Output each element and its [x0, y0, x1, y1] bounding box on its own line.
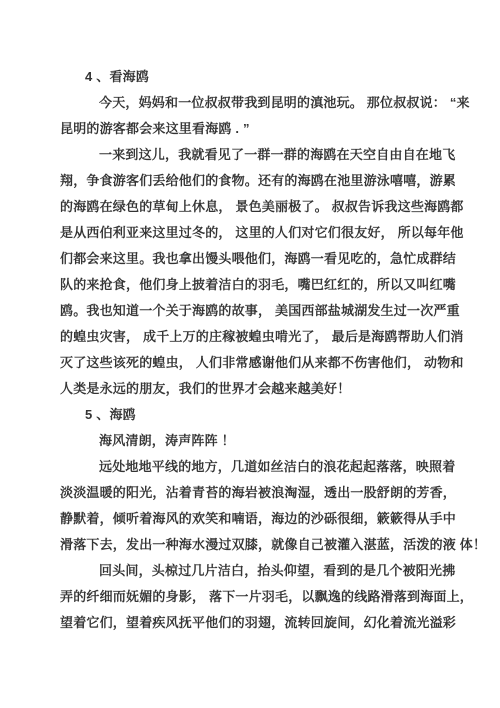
text-line: 灭了这些该死的蝗虫， 人们非常感谢他们从来都不伤害他们， 动物和	[60, 350, 442, 376]
text-line: 的海鸥在绿色的草甸上休息， 景色美丽极了。 叔叔告诉我这些海鸥都	[60, 194, 442, 220]
text-line: 昆明的游客都会来这里看海鸥 . ”	[60, 116, 442, 142]
text-line: 翔，争食游客们丢给他们的食物。还有的海鸥在池里游泳嘻嘻，游累	[60, 168, 442, 194]
document-text-block: 4 、看海鸥今天，妈妈和一位叔叔带我到昆明的滇池玩。 那位叔叔说： “来昆明的游…	[60, 64, 442, 636]
text-line: 弄的纤细而妩媚的身影， 落下一片羽毛，以飘逸的线路滑落到海面上，	[60, 584, 442, 610]
section-heading: 5 、海鸥	[60, 402, 442, 428]
text-line: 静默着，倾听着海风的欢笑和喃语，海边的沙砾很细，簌簌得从手中	[60, 506, 442, 532]
text-line: 海风清朗，涛声阵阵 ！	[60, 428, 442, 454]
text-line: 远处地地平线的地方，几道如丝洁白的浪花起起落落，映照着	[60, 454, 442, 480]
text-line: 一来到这儿，我就看见了一群一群的海鸥在天空自由自在地飞	[60, 142, 442, 168]
text-line: 滑落下去，发出一种海水漫过双膝，就像自己被灌入湛蓝，活泼的液 体！	[60, 532, 442, 558]
document-page: 4 、看海鸥今天，妈妈和一位叔叔带我到昆明的滇池玩。 那位叔叔说： “来昆明的游…	[0, 0, 500, 708]
text-line: 队的来抢食，他们身上披着洁白的羽毛，嘴巴红红的，所以又叫红嘴	[60, 272, 442, 298]
text-line: 人类是永远的朋友，我们的世界才会越来越美好！	[60, 376, 442, 402]
text-line: 今天，妈妈和一位叔叔带我到昆明的滇池玩。 那位叔叔说： “来	[60, 90, 442, 116]
section-heading: 4 、看海鸥	[60, 64, 442, 90]
text-line: 淡淡温暖的阳光，沾着青苔的海岩被浪淘湿，透出一股舒朗的芳香，	[60, 480, 442, 506]
text-line: 回头间，头椋过几片洁白，抬头仰望，看到的是几个被阳光拂	[60, 558, 442, 584]
text-line: 鸥。我也知道一个关于海鸥的故事， 美国西部盐城湖发生过一次严重	[60, 298, 442, 324]
text-line: 望着它们，望着疾风抚平他们的羽翅，流转回旋间，幻化着流光溢彩	[60, 610, 442, 636]
text-line: 的蝗虫灾害， 成千上万的庄稼被蝗虫啃光了， 最后是海鸥帮助人们消	[60, 324, 442, 350]
text-line: 是从西伯利亚来这里过冬的， 这里的人们对它们很友好， 所以每年他	[60, 220, 442, 246]
text-line: 们都会来这里。我也拿出馒头喂他们，海鸥一看见吃的，急忙成群结	[60, 246, 442, 272]
